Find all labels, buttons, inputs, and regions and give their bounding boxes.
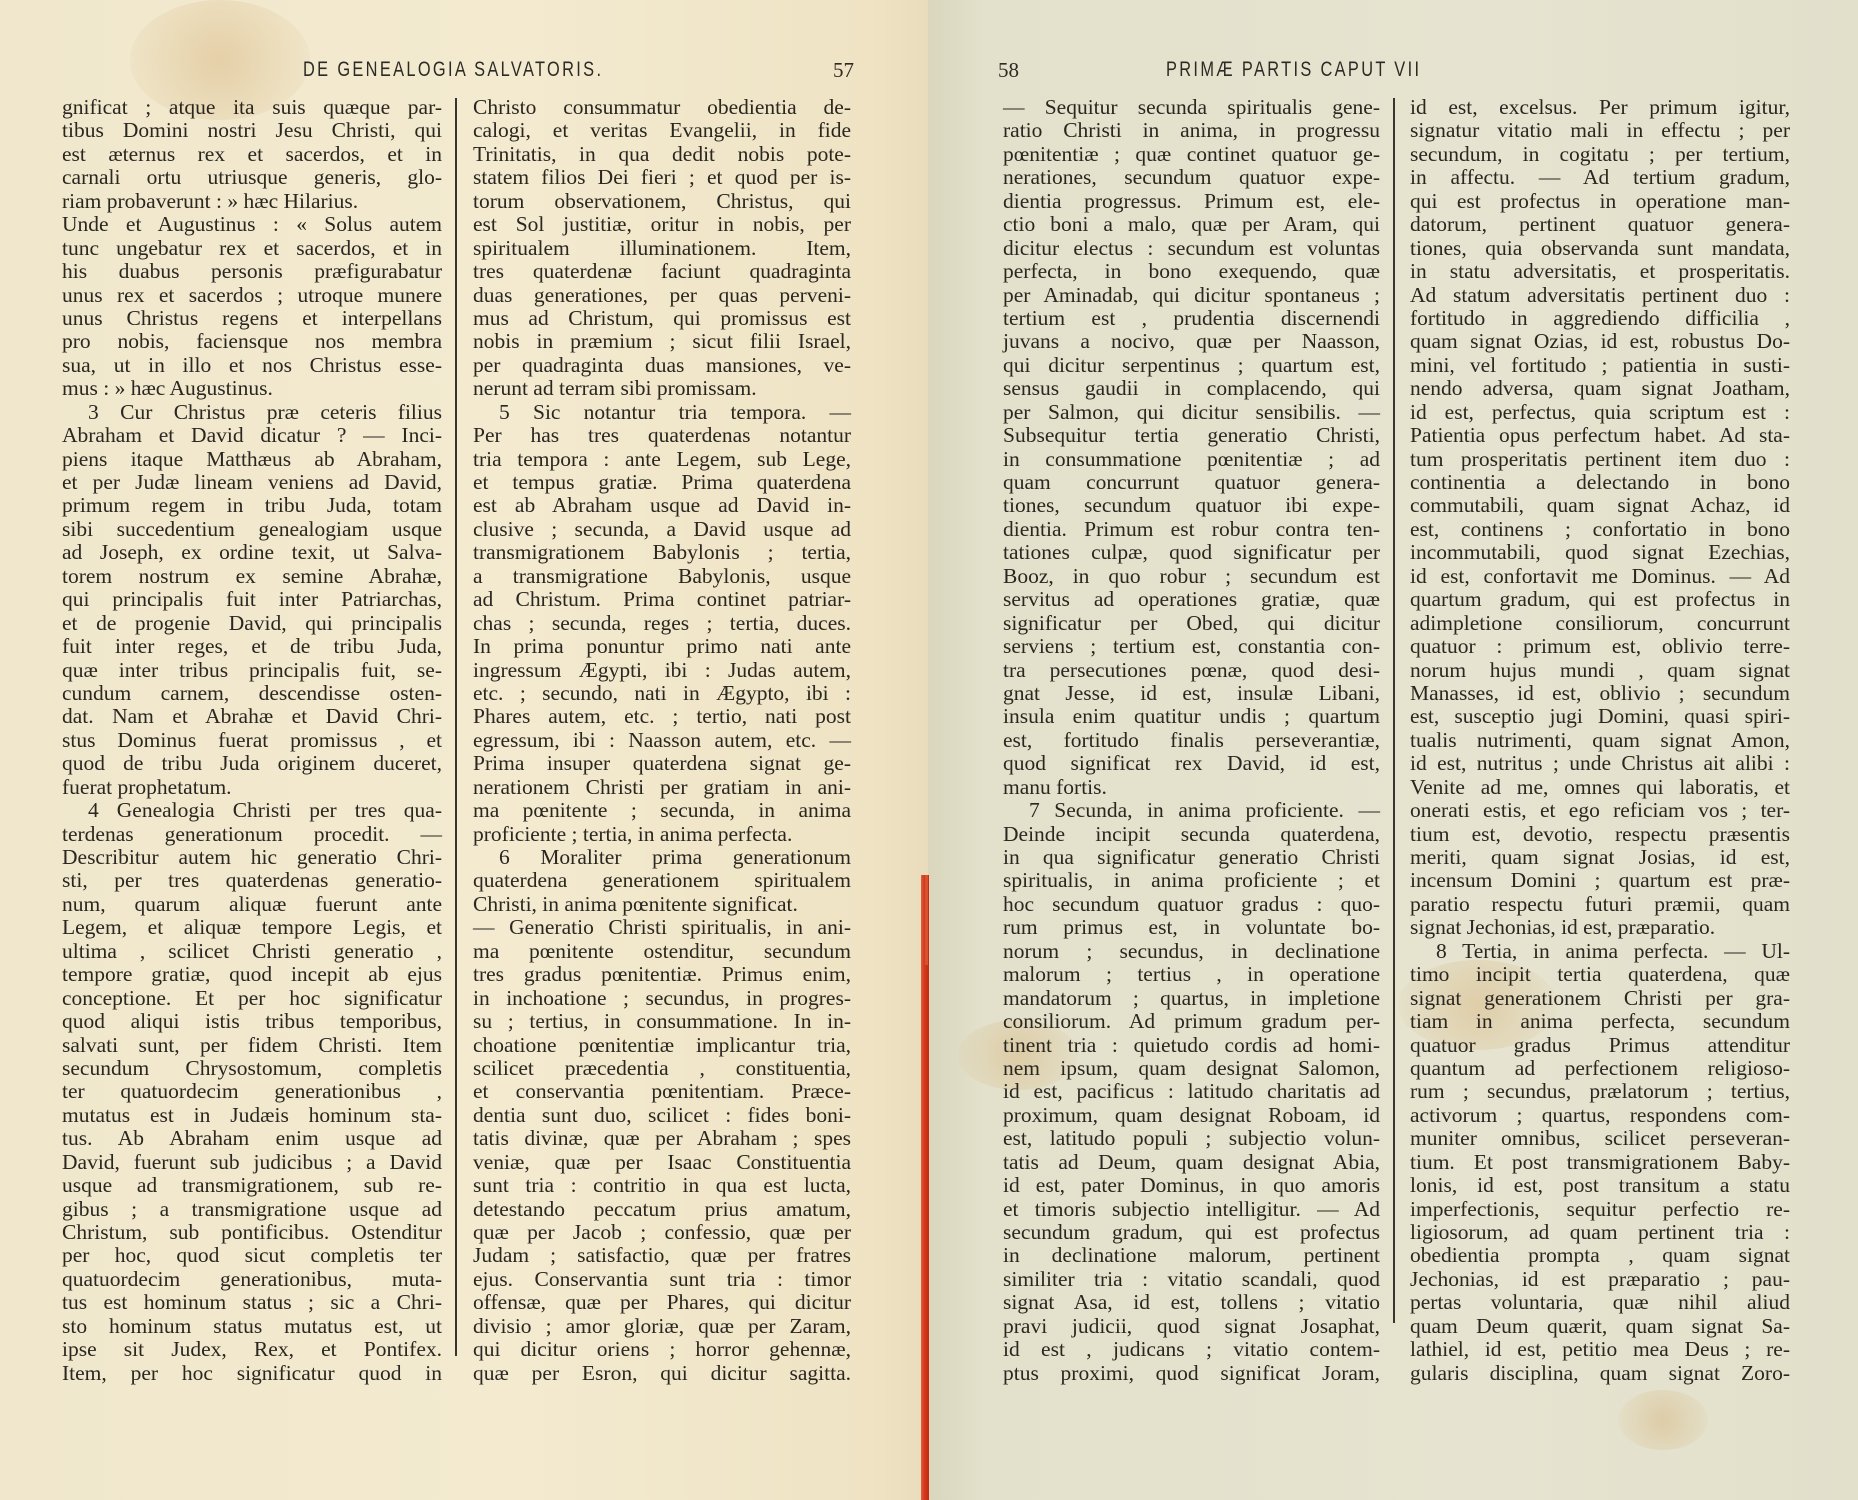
text-line: in qua significatur generatio Christi (1003, 846, 1380, 869)
text-line: nerationes, secundum quatuor expe- (1003, 166, 1380, 189)
text-line: muniter omnibus, scilicet perseveran- (1410, 1127, 1790, 1150)
text-line: stus Dominus fuerat promissus , et (62, 729, 442, 752)
text-line: pœnitentiæ ; quæ continet quatuor ge- (1003, 143, 1380, 166)
text-line: piens itaque Matthæus ab Abraham, (62, 448, 442, 471)
text-line: onerati estis, et ego reficiam vos ; ter… (1410, 799, 1790, 822)
text-line: in consummatione pœnitentiæ ; ad (1003, 448, 1380, 471)
text-line: Booz, in quo robur ; secundum est (1003, 565, 1380, 588)
text-line: gibus ; a transmigratione usque ad (62, 1198, 442, 1221)
text-line: juvans a nocivo, quæ per Naasson, (1003, 330, 1380, 353)
text-line: quatuordecim generationibus, muta- (62, 1268, 442, 1291)
text-line: Subsequitur tertia generatio Christi, (1003, 424, 1380, 447)
text-line: in statu adversitatis, et prosperitatis. (1410, 260, 1790, 283)
running-head-left: DE GENEALOGIA SALVATORIS. (303, 58, 603, 82)
text-line: Phares autem, etc. ; tertio, nati post (473, 705, 851, 728)
text-line: tres gradus pœnitentiæ. Primus enim, (473, 963, 851, 986)
text-line: terdenas generationum procedit. — (62, 823, 442, 846)
text-line: signat Asa, id est, tollens ; vitatio (1003, 1291, 1380, 1314)
text-line: id est, nutritus ; unde Christus ait ali… (1410, 752, 1790, 775)
text-line: meriti, quam signat Josias, id est, (1410, 846, 1790, 869)
text-line: chas ; secunda, reges ; tertia, duces. (473, 612, 851, 635)
text-line: nerationem Christi per gratiam in ani- (473, 776, 851, 799)
text-line: Per has tres quaterdenas notantur (473, 424, 851, 447)
text-line: dicitur electus : secundum est voluntas (1003, 237, 1380, 260)
text-line: nobis in præmium ; sicut filii Israel, (473, 330, 851, 353)
text-line: pro nobis, faciensque nos membra (62, 330, 442, 353)
text-line: norum hujus mundi , quam signat (1410, 659, 1790, 682)
text-line: Prima insuper quaterdena signat ge- (473, 752, 851, 775)
text-line: est, latitudo populi ; subjectio volun- (1003, 1127, 1380, 1150)
text-line: incommutabili, quod signat Ezechias, (1410, 541, 1790, 564)
text-line: tus est hominum status ; sic a Chri- (62, 1291, 442, 1314)
text-line: est Sol justitiæ, oritur in nobis, per (473, 213, 851, 236)
text-line: David, fuerunt sub judicibus ; a David (62, 1151, 442, 1174)
text-line: tres quaterdenæ faciunt quadraginta (473, 260, 851, 283)
text-line: per Aminadab, qui dicitur spontaneus ; (1003, 284, 1380, 307)
text-line: in affectu. — Ad tertium gradum, (1410, 166, 1790, 189)
text-line: quam Deum quærit, quam signat Sa- (1410, 1315, 1790, 1338)
text-line: incensum Domini ; quartum est præ- (1410, 869, 1790, 892)
text-line: mus : » hæc Augustinus. (62, 377, 442, 400)
text-line: significatur per Obed, qui dicitur (1003, 612, 1380, 635)
text-line: unus Christus regens et interpellans (62, 307, 442, 330)
text-line: malorum ; tertius , in operatione (1003, 963, 1380, 986)
text-line: 5 Sic notantur tria tempora. — (473, 401, 851, 424)
text-line: Manasses, id est, oblivio ; secundum (1410, 682, 1790, 705)
text-line: tatis ad Deum, quam designat Abia, (1003, 1151, 1380, 1174)
text-line: nerunt ad terram sibi promissam. (473, 377, 851, 400)
text-line: ligiosorum, ad quam pertinent tria : (1410, 1221, 1790, 1244)
left-column-1: gnificat ; atque ita suis quæque par-tib… (62, 96, 442, 1385)
text-line: sunt tria : contritio in qua est lucta, (473, 1174, 851, 1197)
text-line: quæ per Jacob ; confessio, quæ per (473, 1221, 851, 1244)
text-line: tationes culpæ, quod significatur per (1003, 541, 1380, 564)
running-head-right: PRIMÆ PARTIS CAPUT VII (1166, 58, 1421, 82)
text-line: tualis nutrimenti, quam signat Amon, (1410, 729, 1790, 752)
text-line: 3 Cur Christus præ ceteris filius (62, 401, 442, 424)
text-line: su ; tertius, in consummatione. In in- (473, 1010, 851, 1033)
text-line: hoc secundum quatuor gradus : quo- (1003, 893, 1380, 916)
text-line: ma pœnitente ostenditur, secundum (473, 940, 851, 963)
text-line: riam probaverunt : » hæc Hilarius. (62, 190, 442, 213)
text-line: fuit inter reges, et de tribu Juda, (62, 635, 442, 658)
column-rule-left (455, 98, 457, 1356)
text-line: statem filios Dei fieri ; et quod per is… (473, 166, 851, 189)
text-line: sua, ut in illo et nos Christus esse- (62, 354, 442, 377)
right-column-2: id est, excelsus. Per primum igitur,sign… (1410, 96, 1790, 1385)
text-line: pertas voluntaria, quæ nihil aliud (1410, 1291, 1790, 1314)
text-line: clusive ; secunda, a David usque ad (473, 518, 851, 541)
text-line: est, susceptio jugi Domini, quasi spiri- (1410, 705, 1790, 728)
text-line: est, fortitudo finalis perseverantiæ, (1003, 729, 1380, 752)
text-line: calogi, et veritas Evangelii, in fide (473, 119, 851, 142)
text-line: rum primus est, in voluntate bo- (1003, 916, 1380, 939)
text-line: rum ; secundus, prælatorum ; tertius, (1410, 1080, 1790, 1103)
text-line: qui principalis fuit inter Patriarchas, (62, 588, 442, 611)
text-line: gularis disciplina, quam signat Zoro- (1410, 1362, 1790, 1385)
text-line: Jechonias, id est præparatio ; pau- (1410, 1268, 1790, 1291)
text-line: In prima ponuntur primo nati ante (473, 635, 851, 658)
text-line: mus ad Christum, qui promissus est (473, 307, 851, 330)
text-line: dientia. Primum est robur contra ten- (1003, 518, 1380, 541)
text-line: Judam ; satisfactio, quæ per fratres (473, 1244, 851, 1267)
text-line: proficiente ; tertia, in anima perfecta. (473, 823, 851, 846)
text-line: divisio ; amor gloriæ, quæ per Zaram, (473, 1315, 851, 1338)
column-rule-right (1393, 98, 1395, 1323)
text-line: est, continens ; confortatio in bono (1410, 518, 1790, 541)
gutter-red-edge (921, 875, 929, 1500)
text-line: perfecta, in bono exequendo, quæ (1003, 260, 1380, 283)
text-line: Patientia opus perfectum habet. Ad sta- (1410, 424, 1790, 447)
text-line: quæ per Esron, qui dicitur sagitta. (473, 1362, 851, 1385)
text-line: usque ad transmigrationem, sub re- (62, 1174, 442, 1197)
text-line: num, quarum aliquæ fuerunt ante (62, 893, 442, 916)
text-line: Venite ad me, omnes qui laboratis, et (1410, 776, 1790, 799)
text-line: timo incipit tertia quaterdena, quæ (1410, 963, 1790, 986)
text-line: etc. ; secundo, nati in Ægypto, ibi : (473, 682, 851, 705)
text-line: sensus gaudii in complacendo, qui (1003, 377, 1380, 400)
text-line: ter quatuordecim generationibus , (62, 1080, 442, 1103)
text-line: qui dicitur oriens ; horror gehennæ, (473, 1338, 851, 1361)
text-line: in declinatione malorum, pertinent (1003, 1244, 1380, 1267)
text-line: Christo consummatur obedientia de- (473, 96, 851, 119)
text-line: tibus Domini nostri Jesu Christi, qui (62, 119, 442, 142)
text-line: signat generationem Christi per gra- (1410, 987, 1790, 1010)
text-line: imperfectionis, sequitur perfectio re- (1410, 1198, 1790, 1221)
text-line: lathiel, id est, petitio mea Deus ; re- (1410, 1338, 1790, 1361)
text-line: tiones, quia observanda sunt mandata, (1410, 237, 1790, 260)
text-line: 8 Tertia, in anima perfecta. — Ul- (1410, 940, 1790, 963)
text-line: ipse sit Judex, Rex, et Pontifex. (62, 1338, 442, 1361)
text-line: quatuor gradus Primus attenditur (1410, 1034, 1790, 1057)
text-line: Deinde incipit secunda quaterdena, (1003, 823, 1380, 846)
text-line: datorum, pertinent quatuor genera- (1410, 213, 1790, 236)
page-number-right: 58 (998, 58, 1019, 83)
text-line: id est, excelsus. Per primum igitur, (1410, 96, 1790, 119)
text-line: id est , judicans ; vitatio contem- (1003, 1338, 1380, 1361)
text-line: tria tempora : ante Legem, sub Lege, (473, 448, 851, 471)
text-line: obedientia prompta , quam signat (1410, 1244, 1790, 1267)
text-line: tiam in anima perfecta, secundum (1410, 1010, 1790, 1033)
text-line: secundum gradum, qui est profectus (1003, 1221, 1380, 1244)
text-line: his duabus personis præfigurabatur (62, 260, 442, 283)
text-line: Christi, in anima pœnitente significat. (473, 893, 851, 916)
text-line: sti, per tres quaterdenas generatio- (62, 869, 442, 892)
text-line: tertium est , prudentia discernendi (1003, 307, 1380, 330)
text-line: manu fortis. (1003, 776, 1380, 799)
text-line: dentia sunt duo, scilicet : fides boni- (473, 1104, 851, 1127)
text-line: tatis divinæ, quæ per Abraham ; spes (473, 1127, 851, 1150)
text-line: mandatorum ; quartus, in impletione (1003, 987, 1380, 1010)
text-line: per quadraginta duas mansiones, ve- (473, 354, 851, 377)
text-line: per hoc, quod sicut completis ter (62, 1244, 442, 1267)
text-line: et de progenie David, qui principalis (62, 612, 442, 635)
text-line: paratio respectu futuri præmii, quam (1410, 893, 1790, 916)
text-line: Trinitatis, in qua dedit nobis pote- (473, 143, 851, 166)
text-line: ma pœnitente ; secunda, in anima (473, 799, 851, 822)
text-line: spiritualis, in anima proficiente ; et (1003, 869, 1380, 892)
text-line: — Sequitur secunda spiritualis gene- (1003, 96, 1380, 119)
text-line: tinent tria : quietudo cordis ad homi- (1003, 1034, 1380, 1057)
text-line: Abraham et David dicatur ? — Inci- (62, 424, 442, 447)
text-line: tium est, devotio, respectu præsentis (1410, 823, 1790, 846)
text-line: ctio boni a malo, quæ per Aram, qui (1003, 213, 1380, 236)
text-line: — Generatio Christi spiritualis, in ani- (473, 916, 851, 939)
text-line: quam concurrunt quatuor genera- (1003, 471, 1380, 494)
text-line: tium. Et post transmigrationem Baby- (1410, 1151, 1790, 1174)
text-line: Legem, et aliquæ tempore Legis, et (62, 916, 442, 939)
text-line: qui est profectus in operatione man- (1410, 190, 1790, 213)
text-line: 7 Secunda, in anima proficiente. — (1003, 799, 1380, 822)
text-line: ptus proximi, quod significat Joram, (1003, 1362, 1380, 1385)
text-line: fuerat prophetatum. (62, 776, 442, 799)
text-line: offensæ, quæ per Phares, qui dicitur (473, 1291, 851, 1314)
text-line: ratio Christi in anima, in progressu (1003, 119, 1380, 142)
text-line: et per Judæ lineam veniens ad David, (62, 471, 442, 494)
text-line: et conservantia pœnitentiam. Præce- (473, 1080, 851, 1103)
text-line: spiritualem illuminationem. Item, (473, 237, 851, 260)
text-line: nem ipsum, quam designat Salomon, (1003, 1057, 1380, 1080)
text-line: signat Jechonias, id est, præparatio. (1410, 916, 1790, 939)
page-number-left: 57 (833, 58, 854, 83)
text-line: per Salmon, qui dicitur sensibilis. — (1003, 401, 1380, 424)
text-line: Item, per hoc significatur quod in (62, 1362, 442, 1385)
text-line: est ab Abraham usque ad David in- (473, 494, 851, 517)
text-line: scilicet præcedentia , constituentia, (473, 1057, 851, 1080)
right-page: 58 PRIMÆ PARTIS CAPUT VII — Sequitur sec… (928, 0, 1858, 1500)
text-line: proximum, quam designat Roboam, id (1003, 1104, 1380, 1127)
gutter-red-edge-top (925, 875, 928, 965)
text-line: quam signat Ozias, id est, robustus Do- (1410, 330, 1790, 353)
text-line: detestando peccatum prius amatum, (473, 1198, 851, 1221)
text-line: unus rex et sacerdos ; utroque munere (62, 284, 442, 307)
text-line: quatuor : primum est, oblivio terre- (1410, 635, 1790, 658)
text-line: a transmigratione Babylonis, usque (473, 565, 851, 588)
text-line: qui dicitur serpentinus ; quartum est, (1003, 354, 1380, 377)
text-line: insula enim quatitur undis ; quartum (1003, 705, 1380, 728)
text-line: secundum, in cogitatu ; per tertium, (1410, 143, 1790, 166)
text-line: duas generationes, per quas perveni- (473, 284, 851, 307)
text-line: 6 Moraliter prima generationum (473, 846, 851, 869)
text-line: id est, confortavit me Dominus. — Ad (1410, 565, 1790, 588)
text-line: quæ inter tribus principalis fuit, se- (62, 659, 442, 682)
text-line: salvati sunt, per fidem Christi. Item (62, 1034, 442, 1057)
text-line: similiter tria : vitatio scandali, quod (1003, 1268, 1380, 1291)
text-line: veniæ, quæ per Isaac Constituentia (473, 1151, 851, 1174)
text-line: carnali ortu utriusque generis, glo- (62, 166, 442, 189)
text-line: quaterdena generationem spiritualem (473, 869, 851, 892)
text-line: quod de tribu Juda originem duceret, (62, 752, 442, 775)
text-line: servitus ad operationes gratiæ, quæ (1003, 588, 1380, 611)
text-line: activorum ; quartus, respondens com- (1410, 1104, 1790, 1127)
text-line: sibi succedentium genealogiam usque (62, 518, 442, 541)
text-line: nendo adversa, quam signat Joatham, (1410, 377, 1790, 400)
text-line: norum ; secundus, in declinatione (1003, 940, 1380, 963)
text-line: dientia progressus. Primum est, ele- (1003, 190, 1380, 213)
text-line: dat. Nam et Abrahæ et David Chri- (62, 705, 442, 728)
text-line: Ad statum adversitatis pertinent duo : (1410, 284, 1790, 307)
text-line: gnat Jesse, id est, insulæ Libani, (1003, 682, 1380, 705)
text-line: choatione pœnitentiæ implicantur tria, (473, 1034, 851, 1057)
text-line: ad Christum. Prima continet patriar- (473, 588, 851, 611)
text-line: quartum gradum, qui est profectus in (1410, 588, 1790, 611)
text-line: id est, pacificus : latitudo charitatis … (1003, 1080, 1380, 1103)
text-line: tum prosperitatis pertinent item duo : (1410, 448, 1790, 471)
text-line: pravi judicii, quod signat Josaphat, (1003, 1315, 1380, 1338)
left-column-2: Christo consummatur obedientia de-calogi… (473, 96, 851, 1385)
text-line: secundum Chrysostomum, completis (62, 1057, 442, 1080)
text-line: torum observationem, Christus, qui (473, 190, 851, 213)
left-page: DE GENEALOGIA SALVATORIS. 57 gnificat ; … (0, 0, 928, 1500)
text-line: Unde et Augustinus : « Solus autem (62, 213, 442, 236)
text-line: id est, pater Dominus, in quo amoris (1003, 1174, 1380, 1197)
text-line: quod significat rex David, id est, (1003, 752, 1380, 775)
text-line: torem nostrum ex semine Abrahæ, (62, 565, 442, 588)
text-line: conceptione. Et per hoc significatur (62, 987, 442, 1010)
text-line: continentia a delectando in bono (1410, 471, 1790, 494)
text-line: consiliorum. Ad primum gradum per- (1003, 1010, 1380, 1033)
text-line: ad Joseph, ex ordine texit, ut Salva- (62, 541, 442, 564)
text-line: et timoris subjectio intelligitur. — Ad (1003, 1198, 1380, 1221)
text-line: tus. Ab Abraham enim usque ad (62, 1127, 442, 1150)
text-line: et tempus gratiæ. Prima quaterdena (473, 471, 851, 494)
text-line: adimpletione consiliorum, concurrunt (1410, 612, 1790, 635)
text-line: ingressum Ægypti, ibi : Judas autem, (473, 659, 851, 682)
text-line: 4 Genealogia Christi per tres qua- (62, 799, 442, 822)
text-line: id est, perfectus, quia scriptum est : (1410, 401, 1790, 424)
text-line: tiones, secundum quatuor ibi expe- (1003, 494, 1380, 517)
text-line: Christum, sub pontificibus. Ostenditur (62, 1221, 442, 1244)
text-line: lonis, id est, post transitum a statu (1410, 1174, 1790, 1197)
text-line: egressum, ibi : Naasson autem, etc. — (473, 729, 851, 752)
text-line: primum regem in tribu Juda, totam (62, 494, 442, 517)
text-line: tempore gratiæ, quod incepit ab ejus (62, 963, 442, 986)
text-line: mutatus est in Judæis hominum sta- (62, 1104, 442, 1127)
right-column-1: — Sequitur secunda spiritualis gene-rati… (1003, 96, 1380, 1385)
text-line: cundum carnem, descendisse osten- (62, 682, 442, 705)
text-line: transmigrationem Babylonis ; tertia, (473, 541, 851, 564)
text-line: sto hominum status mutatus est, ut (62, 1315, 442, 1338)
text-line: serviens ; tertium est, constantia con- (1003, 635, 1380, 658)
text-line: in inchoatione ; secundus, in progres- (473, 987, 851, 1010)
text-line: quod aliqui istis tribus temporibus, (62, 1010, 442, 1033)
text-line: est æternus rex et sacerdos, et in (62, 143, 442, 166)
text-line: ultima , scilicet Christi generatio , (62, 940, 442, 963)
text-line: Describitur autem hic generatio Chri- (62, 846, 442, 869)
text-line: mini, vel fortitudo ; patientia in susti… (1410, 354, 1790, 377)
text-line: tra persecutiones pœnæ, quod desi- (1003, 659, 1380, 682)
text-line: tunc ungebatur rex et sacerdos, et in (62, 237, 442, 260)
text-line: gnificat ; atque ita suis quæque par- (62, 96, 442, 119)
text-line: ejus. Conservantia sunt tria : timor (473, 1268, 851, 1291)
text-line: commutabili, quam signat Achaz, id (1410, 494, 1790, 517)
text-line: fortitudo in aggrediendo difficilia , (1410, 307, 1790, 330)
text-line: quantum ad perfectionem religioso- (1410, 1057, 1790, 1080)
text-line: signatur vitatio mali in effectu ; per (1410, 119, 1790, 142)
